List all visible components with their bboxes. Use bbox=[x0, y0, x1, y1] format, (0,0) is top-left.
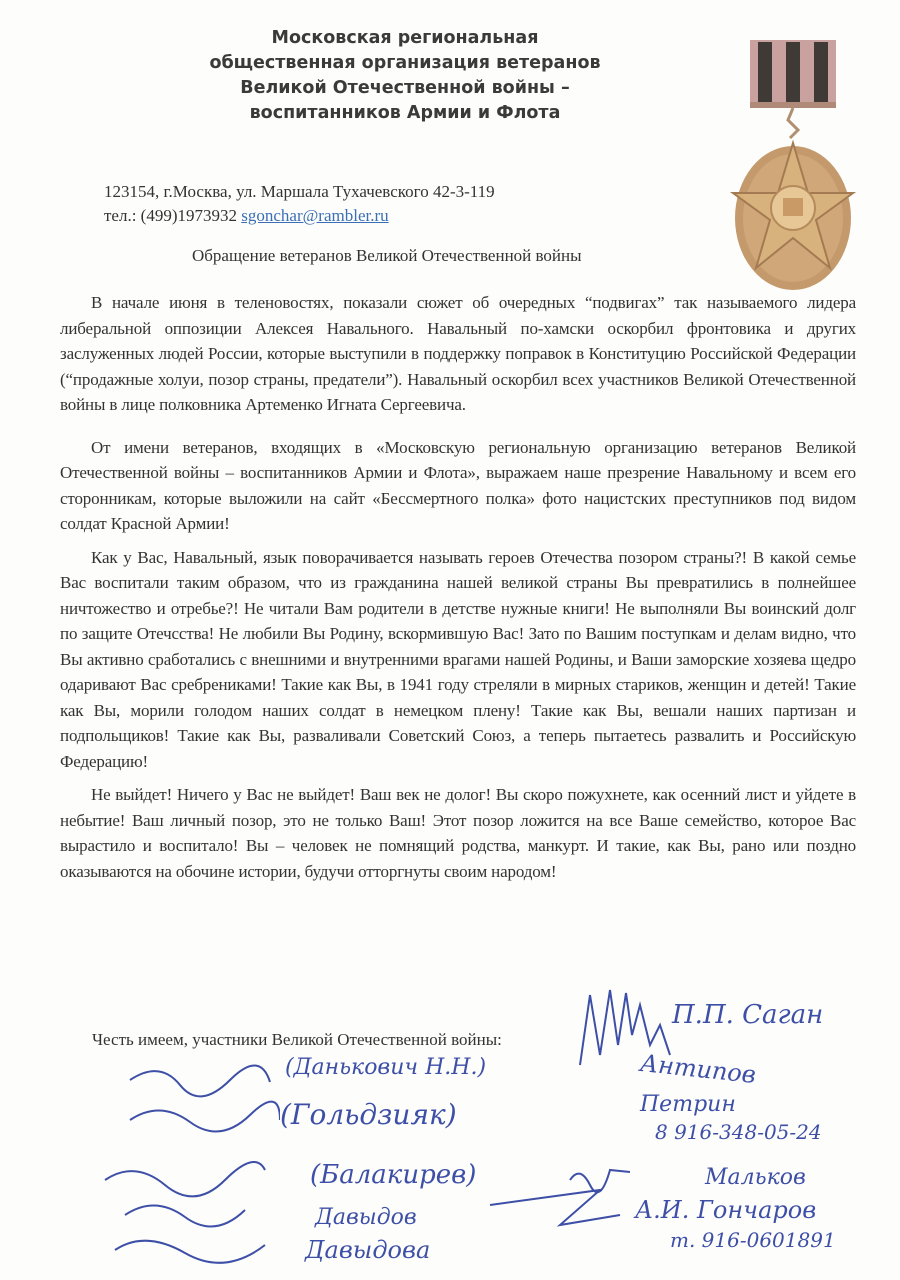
signature-goldziyak: (Гольдзияк) bbox=[280, 1098, 457, 1131]
paragraph-4: Не выйдет! Ничего у Вас не выйдет! Ваш в… bbox=[60, 782, 856, 884]
document-title: Обращение ветеранов Великой Отечественно… bbox=[192, 246, 582, 266]
signature-sagan: П.П. Саган bbox=[672, 1000, 823, 1030]
signature-davydova: Давыдова bbox=[305, 1236, 430, 1264]
signature-scribble-icon bbox=[95, 1155, 295, 1265]
closing-line: Честь имеем, участники Великой Отечестве… bbox=[92, 1030, 502, 1050]
paragraph-2: От имени ветеранов, входящих в «Московск… bbox=[60, 435, 856, 537]
signature-phone-1: 8 916-348-05-24 bbox=[655, 1120, 822, 1144]
paragraph-3: Как у Вас, Навальный, язык поворачиваетс… bbox=[60, 545, 856, 775]
org-name-line-4: воспитанников Армии и Флота bbox=[150, 101, 660, 126]
signature-dankovich: (Данькович Н.Н.) bbox=[285, 1055, 486, 1080]
email-link[interactable]: sgonchar@rambler.ru bbox=[241, 206, 388, 225]
signature-petrin: Петрин bbox=[640, 1092, 736, 1117]
signature-scribble-icon bbox=[120, 1060, 280, 1140]
phone-line: тел.: (499)1973932 sgonchar@rambler.ru bbox=[104, 204, 495, 228]
signature-malkov: Мальков bbox=[705, 1165, 806, 1190]
phone-number: тел.: (499)1973932 bbox=[104, 206, 237, 225]
org-name-line-3: Великой Отечественной войны – bbox=[150, 76, 660, 101]
signature-goncharov: А.И. Гончаров bbox=[635, 1196, 816, 1224]
org-name-line-2: общественная организация ветеранов bbox=[150, 51, 660, 76]
signature-antipov: Антипов bbox=[639, 1049, 757, 1089]
signature-scribble-icon bbox=[490, 1160, 630, 1230]
paragraph-1: В начале июня в теленовостях, показали с… bbox=[60, 290, 856, 418]
signature-davydov: Давыдов bbox=[315, 1205, 417, 1230]
letter-body: В начале июня в теленовостях, показали с… bbox=[60, 290, 856, 884]
signature-phone-2: т. 916-0601891 bbox=[670, 1228, 836, 1252]
organization-header: Московская региональная общественная орг… bbox=[150, 26, 660, 126]
signature-balakirev: (Балакирев) bbox=[310, 1160, 476, 1190]
medal-icon bbox=[728, 38, 858, 290]
postal-address: 123154, г.Москва, ул. Маршала Тухачевско… bbox=[104, 180, 495, 204]
contact-block: 123154, г.Москва, ул. Маршала Тухачевско… bbox=[104, 180, 495, 228]
org-name-line-1: Московская региональная bbox=[150, 26, 660, 51]
